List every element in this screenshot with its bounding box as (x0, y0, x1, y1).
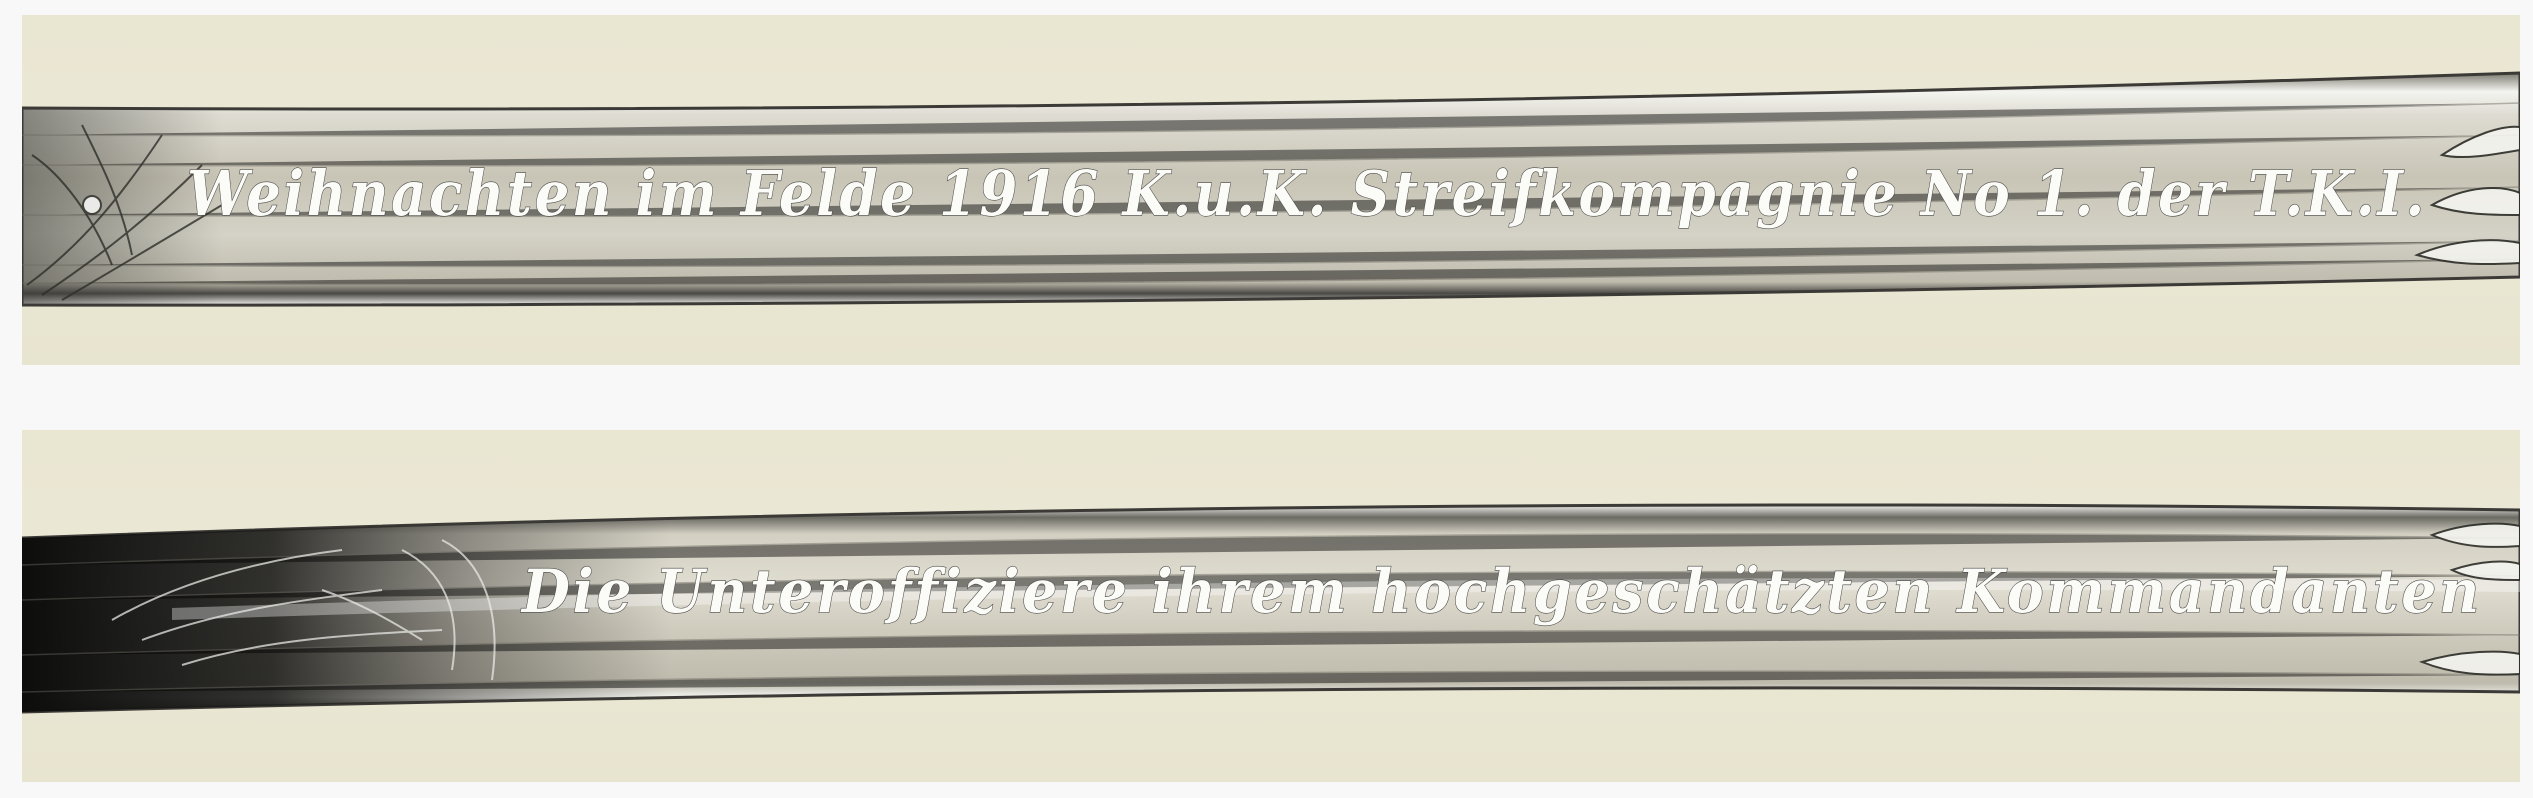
bottom-blade: Die Unteroffiziere ihrem hochgeschätzten… (22, 430, 2520, 782)
top-blade-inscription: Weihnachten im Felde 1916 K.u.K. Streifk… (187, 157, 2427, 230)
top-blade: Weihnachten im Felde 1916 K.u.K. Streifk… (22, 15, 2520, 365)
top-blade-panel: Weihnachten im Felde 1916 K.u.K. Streifk… (22, 15, 2520, 365)
bottom-blade-inscription: Die Unteroffiziere ihrem hochgeschätzten… (520, 557, 2482, 627)
bottom-blade-panel: Die Unteroffiziere ihrem hochgeschätzten… (22, 430, 2520, 782)
